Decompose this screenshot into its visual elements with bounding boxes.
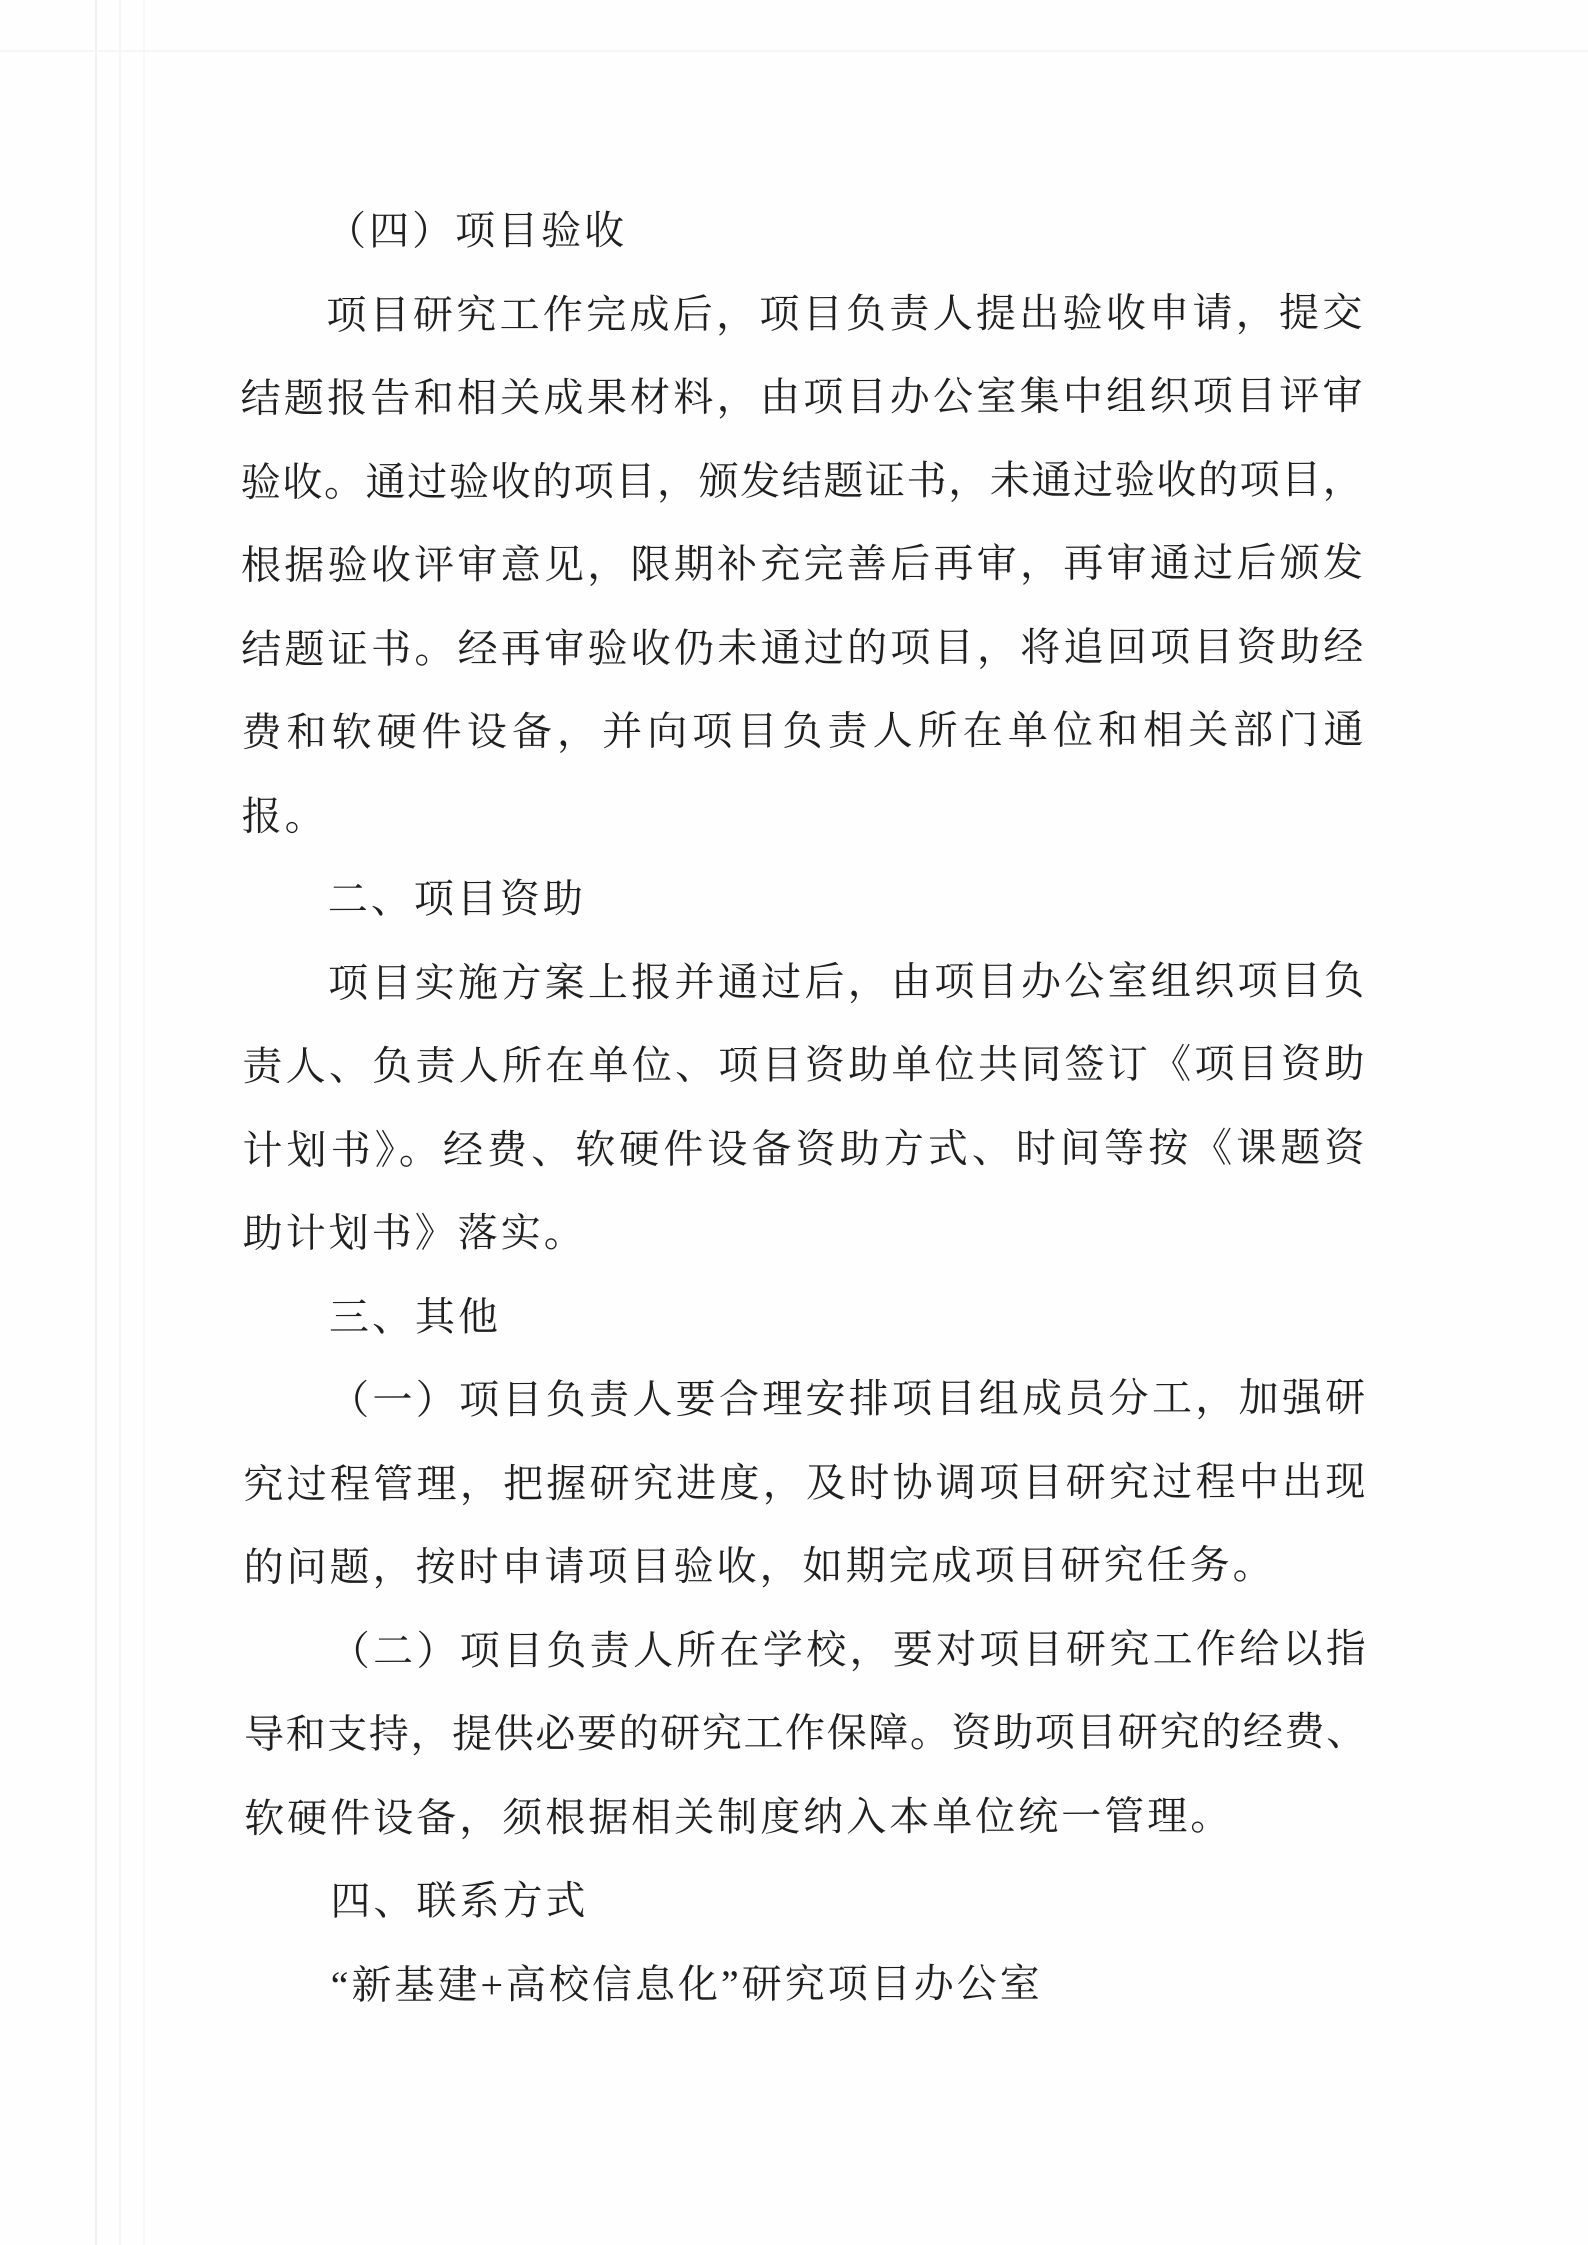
text-line-14: 三、其他	[243, 1273, 1365, 1359]
text-line-2: 项目研究工作完成后，项目负责人提出验收申请，提交	[240, 271, 1362, 357]
text-line-6: 结题证书。经再审验收仍未通过的项目，将追回项目资助经	[241, 605, 1363, 691]
text-line-9: 二、项目资助	[242, 855, 1364, 941]
text-line-3: 结题报告和相关成果材料，由项目办公室集中组织项目评审	[240, 354, 1362, 440]
text-line-19: 导和支持，提供必要的研究工作保障。资助项目研究的经费、	[244, 1690, 1366, 1776]
text-line-12: 计划书》。经费、软硬件设备资助方式、时间等按《课题资	[242, 1106, 1364, 1192]
scan-streak-vertical	[119, 0, 121, 2245]
scan-streak-vertical	[143, 0, 145, 2245]
document-page: （四）项目验收项目研究工作完成后，项目负责人提出验收申请，提交结题报告和相关成果…	[0, 0, 1588, 2245]
text-line-20: 软硬件设备，须根据相关制度纳入本单位统一管理。	[244, 1774, 1366, 1860]
text-line-7: 费和软硬件设备，并向项目负责人所在单位和相关部门通	[241, 688, 1363, 774]
text-line-13: 助计划书》落实。	[243, 1189, 1365, 1275]
text-line-15: （一）项目负责人要合理安排项目组成员分工，加强研	[243, 1356, 1365, 1442]
text-line-5: 根据验收评审意见，限期补充完善后再审，再审通过后颁发	[241, 521, 1363, 607]
text-line-21: 四、联系方式	[244, 1857, 1366, 1943]
text-line-10: 项目实施方案上报并通过后，由项目办公室组织项目负	[242, 939, 1364, 1025]
text-line-11: 责人、负责人所在单位、项目资助单位共同签订《项目资助	[242, 1022, 1364, 1108]
document-content: （四）项目验收项目研究工作完成后，项目负责人提出验收申请，提交结题报告和相关成果…	[240, 187, 1367, 2027]
text-line-4: 验收。通过验收的项目，颁发结题证书，未通过验收的项目，	[241, 438, 1363, 524]
scan-streak-vertical	[95, 0, 97, 2245]
text-line-16: 究过程管理，把握研究进度，及时协调项目研究过程中出现	[243, 1440, 1365, 1526]
text-line-17: 的问题，按时申请项目验收，如期完成项目研究任务。	[243, 1523, 1365, 1609]
text-line-1: （四）项目验收	[240, 187, 1362, 273]
scan-streak-horizontal	[0, 50, 1588, 52]
text-line-18: （二）项目负责人所在学校，要对项目研究工作给以指	[244, 1607, 1366, 1693]
text-line-22: “新基建+高校信息化”研究项目办公室	[245, 1941, 1367, 2027]
text-line-8: 报。	[242, 772, 1364, 858]
